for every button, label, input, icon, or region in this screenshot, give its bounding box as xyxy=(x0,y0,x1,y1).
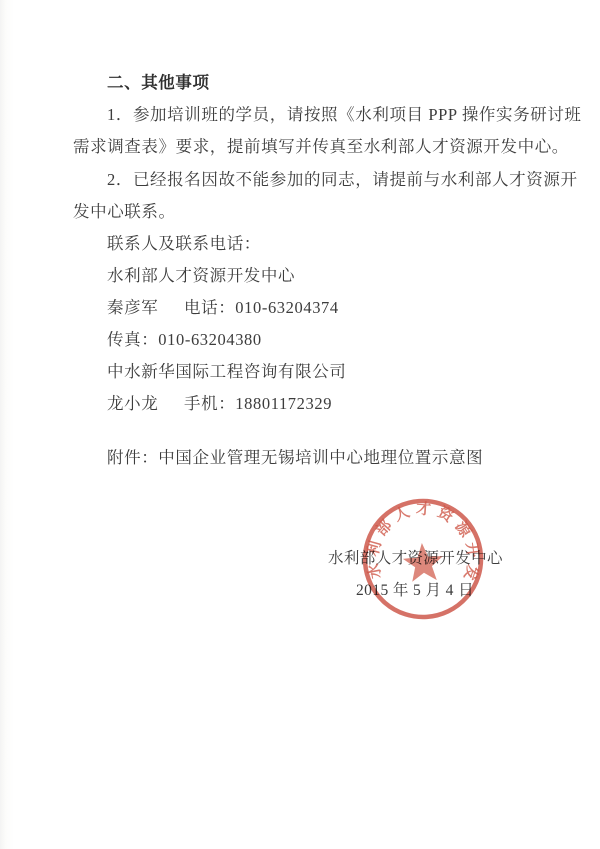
document-page: 二、其他事项 1．参加培训班的学员，请按照《水利项目 PPP 操作实务研讨班 需… xyxy=(0,0,600,849)
paragraph-1-line-2: 需求调查表》要求，提前填写并传真至水利部人才资源开发中心。 xyxy=(73,137,528,157)
contact-person-1-name: 秦彦军 xyxy=(107,298,184,318)
contact-person-2-name: 龙小龙 xyxy=(107,394,184,414)
section-heading: 二、其他事项 xyxy=(73,73,528,93)
signature-date: 2015 年 5 月 4 日 xyxy=(356,578,474,600)
paragraph-1-line-1: 1．参加培训班的学员，请按照《水利项目 PPP 操作实务研讨班 xyxy=(73,105,528,125)
contact-org-1: 水利部人才资源开发中心 xyxy=(73,266,528,286)
contact-person-1: 秦彦军电话：010-63204374 xyxy=(73,298,528,318)
contact-intro: 联系人及联系电话： xyxy=(73,234,528,254)
official-seal-stamp: 水利部人才资源开发中心 xyxy=(0,0,600,849)
paragraph-2-line-2: 发中心联系。 xyxy=(73,202,528,222)
signature-org: 水利部人才资源开发中心 xyxy=(328,546,503,568)
contact-fax: 传真：010-63204380 xyxy=(73,330,528,350)
contact-org-2: 中水新华国际工程咨询有限公司 xyxy=(73,362,528,382)
contact-person-2-mobile: 手机：18801172329 xyxy=(184,394,332,413)
contact-person-2: 龙小龙手机：18801172329 xyxy=(73,394,528,414)
attachment-note: 附件：中国企业管理无锡培训中心地理位置示意图 xyxy=(73,448,528,468)
contact-person-1-phone: 电话：010-63204374 xyxy=(184,298,339,317)
paragraph-2-line-1: 2．已经报名因故不能参加的同志，请提前与水利部人才资源开 xyxy=(73,170,528,190)
